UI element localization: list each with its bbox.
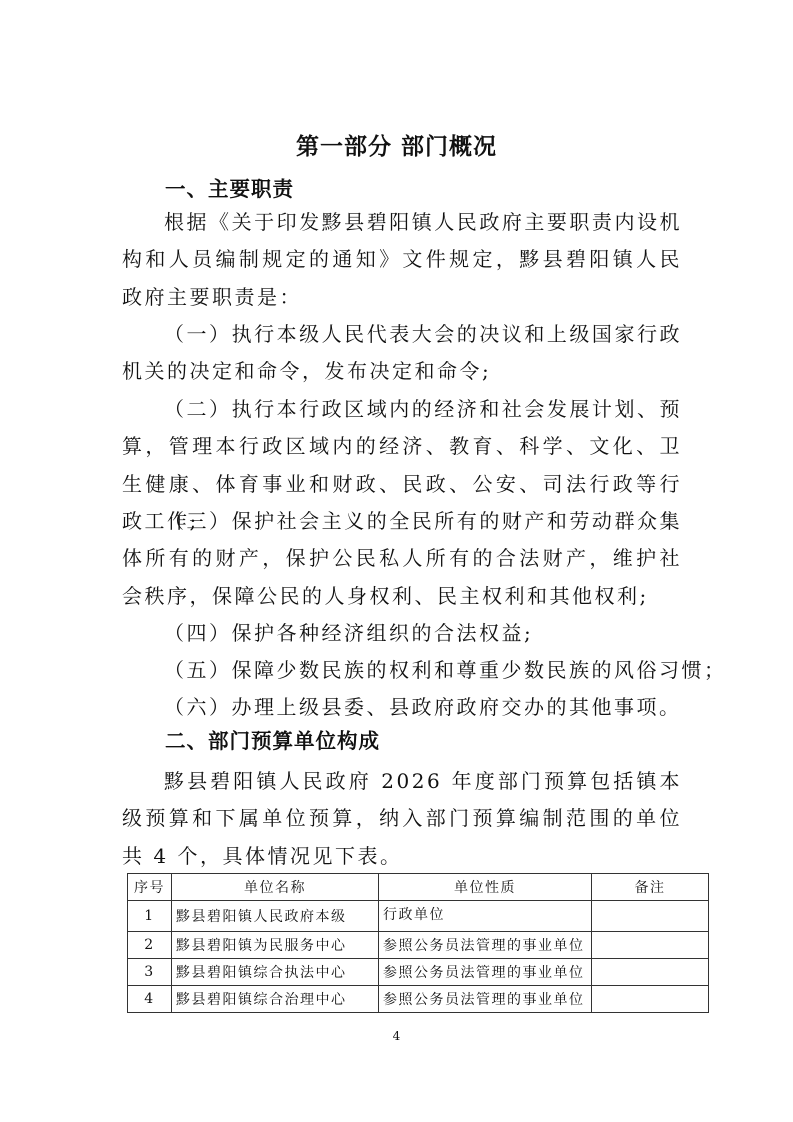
budget-units-table: 序号 单位名称 单位性质 备注 1 黟县碧阳镇人民政府本级 行政单位 2 黟县碧… [127,873,709,1013]
cell-unit-type: 参照公务员法管理的事业单位 [379,986,592,1013]
table-header-row: 序号 单位名称 单位性质 备注 [128,874,709,901]
section-heading-budget-units: 二、部门预算单位构成 [165,724,380,754]
paragraph-duty-1: （一）执行本级人民代表大会的决议和上级国家行政机关的决定和命令，发布决定和命令; [122,316,682,391]
paragraph-duty-5: （五）保障少数民族的权利和尊重少数民族的风俗习惯； [122,652,682,689]
paragraph-duty-6: （六）办理上级县委、县政府政府交办的其他事项。 [122,689,682,726]
cell-remarks [592,901,709,932]
table-row: 1 黟县碧阳镇人民政府本级 行政单位 [128,901,709,932]
paragraph-duty-3: （三）保护社会主义的全民所有的财产和劳动群众集体所有的财产，保护公民私人所有的合… [122,503,682,615]
cell-unit-name: 黟县碧阳镇为民服务中心 [172,932,379,959]
cell-index: 4 [128,986,172,1013]
cell-unit-type: 参照公务员法管理的事业单位 [379,932,592,959]
paragraph-duty-4: （四）保护各种经济组织的合法权益; [122,615,682,652]
cell-unit-name: 黟县碧阳镇综合执法中心 [172,959,379,986]
cell-unit-type: 参照公务员法管理的事业单位 [379,959,592,986]
document-page: 第一部分 部门概况 一、主要职责 根据《关于印发黟县碧阳镇人民政府主要职责内设机… [0,0,793,1122]
header-unit-type: 单位性质 [379,874,592,901]
cell-unit-name: 黟县碧阳镇综合治理中心 [172,986,379,1013]
cell-remarks [592,959,709,986]
table-row: 2 黟县碧阳镇为民服务中心 参照公务员法管理的事业单位 [128,932,709,959]
page-number: 4 [0,1029,793,1043]
paragraph-duties-intro: 根据《关于印发黟县碧阳镇人民政府主要职责内设机构和人员编制规定的通知》文件规定，… [122,204,682,316]
cell-remarks [592,986,709,1013]
cell-remarks [592,932,709,959]
page-title: 第一部分 部门概况 [0,128,793,161]
cell-index: 3 [128,959,172,986]
header-index: 序号 [128,874,172,901]
cell-unit-type: 行政单位 [379,901,592,932]
cell-unit-name: 黟县碧阳镇人民政府本级 [172,901,379,932]
table-row: 3 黟县碧阳镇综合执法中心 参照公务员法管理的事业单位 [128,959,709,986]
header-unit-name: 单位名称 [172,874,379,901]
section-heading-main-duties: 一、主要职责 [165,172,294,202]
header-remarks: 备注 [592,874,709,901]
table-row: 4 黟县碧阳镇综合治理中心 参照公务员法管理的事业单位 [128,986,709,1013]
paragraph-budget-units-intro: 黟县碧阳镇人民政府 2026 年度部门预算包括镇本级预算和下属单位预算，纳入部门… [122,763,682,875]
cell-index: 1 [128,901,172,932]
cell-index: 2 [128,932,172,959]
